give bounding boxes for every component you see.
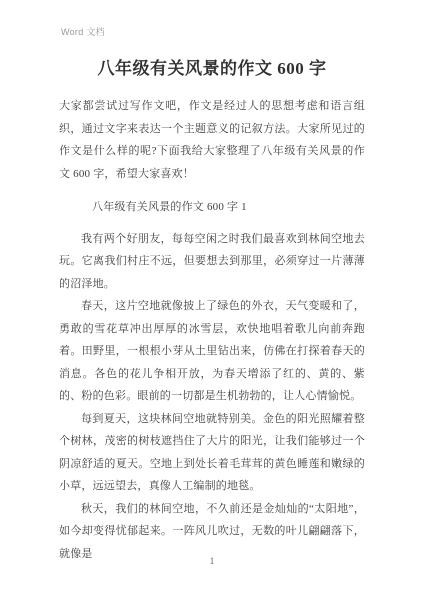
page-number: 1 <box>0 556 424 566</box>
body-paragraph: 每到夏天，这块林间空地就特别美。金色的阳光照耀着整个树林，茂密的树枝遮挡住了大片… <box>59 408 365 498</box>
document-body: 大家都尝试过写作文吧，作文是经过人的思想考虑和语言组织，通过文字来表达一个主题意… <box>59 95 365 565</box>
section-subtitle: 八年级有关风景的作文 600 字 1 <box>59 196 365 219</box>
intro-paragraph: 大家都尝试过写作文吧，作文是经过人的思想考虑和语言组织，通过文字来表达一个主题意… <box>59 95 365 185</box>
document-title: 八年级有关风景的作文 600 字 <box>40 57 384 81</box>
body-paragraph: 秋天，我们的林间空地，不久前还是金灿灿的“太阳地”，如今却变得忧郁起来。一阵风儿… <box>59 498 365 566</box>
body-paragraph: 我有两个好朋友，每每空闲之时我们最喜欢到林间空地去玩。它离我们村庄不远，但要想去… <box>59 228 365 296</box>
word-document-page: Word 文档 八年级有关风景的作文 600 字 大家都尝试过写作文吧，作文是经… <box>0 0 424 600</box>
word-doc-label: Word 文档 <box>61 25 105 38</box>
body-paragraph: 春天，这片空地就像披上了绿色的外衣，天气变暖和了，勇敢的雪花草冲出厚厚的冰雪层，… <box>59 295 365 408</box>
